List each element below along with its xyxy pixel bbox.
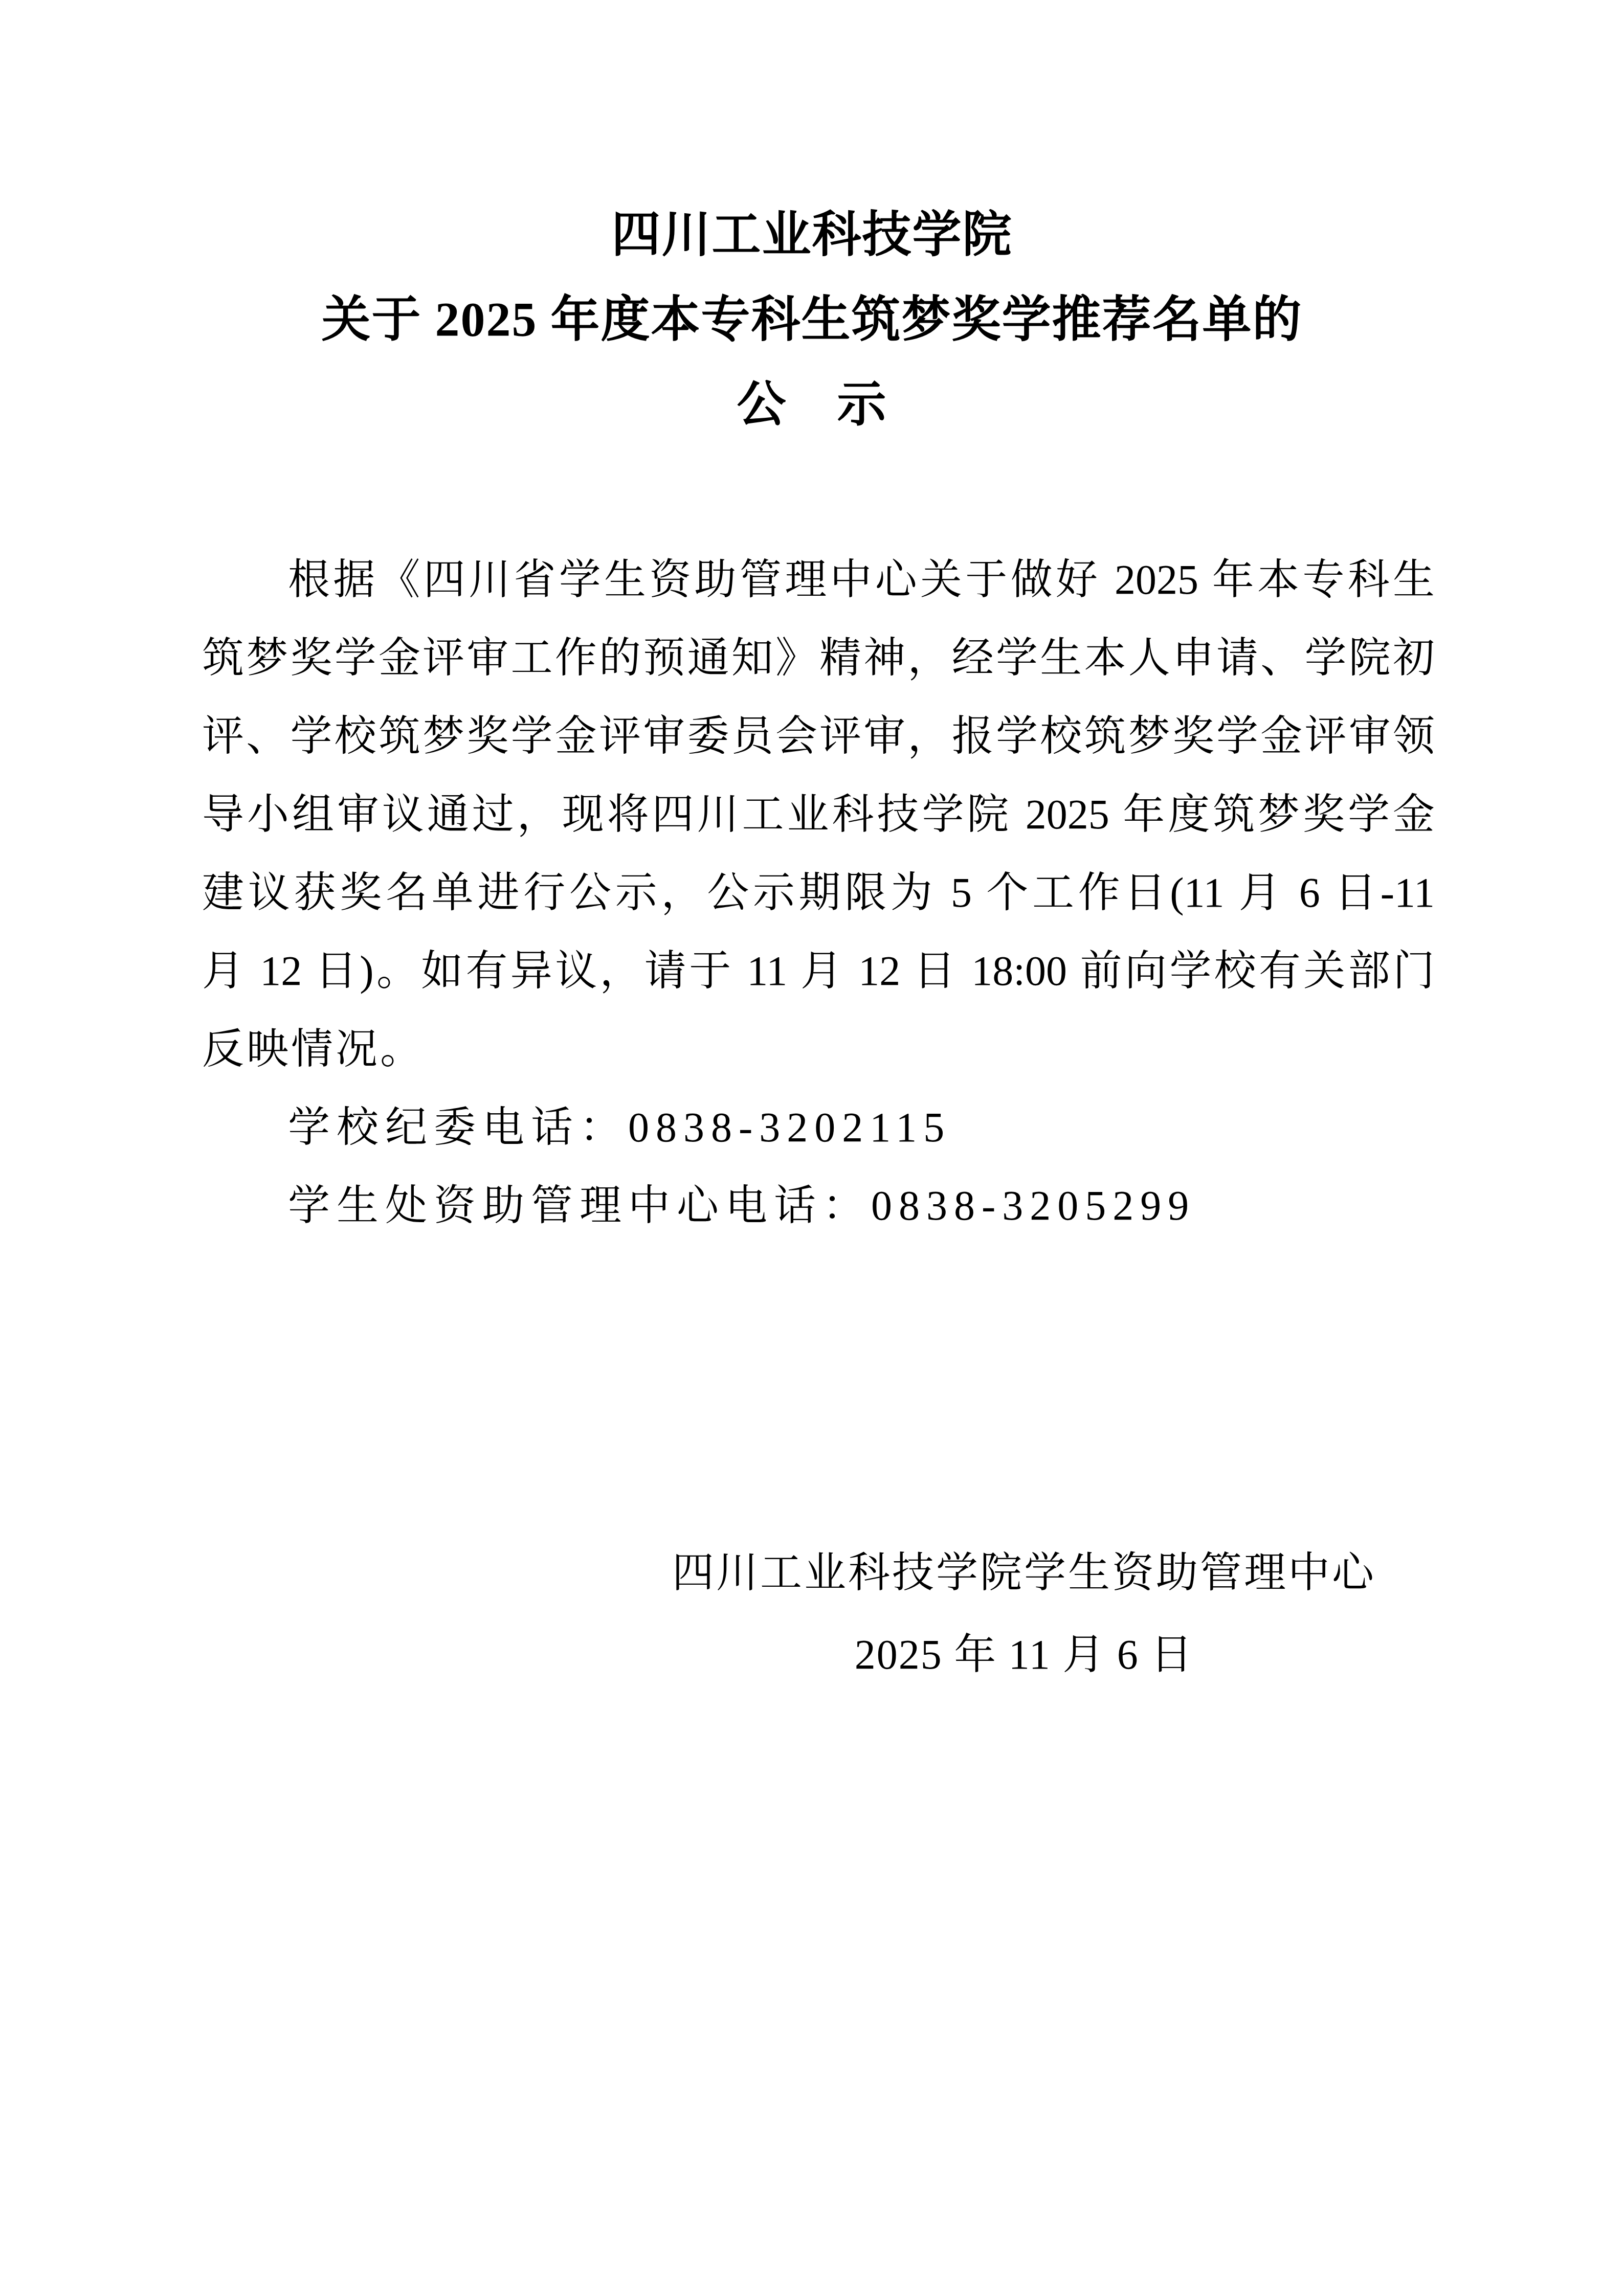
title-subject: 关于 2025 年度本专科生筑梦奖学推荐名单的 (0, 277, 1624, 362)
contact-line-student-aid-center: 学生处资助管理中心电话：0838-3205299 (202, 1166, 1435, 1245)
signature-date: 2025 年 11 月 6 日 (672, 1614, 1376, 1696)
contact-label: 学校纪委电话： (288, 1104, 628, 1151)
paragraph-line: 反映情况。 (202, 1010, 1435, 1088)
signature-org: 四川工业科技学院学生资助管理中心 (672, 1532, 1376, 1614)
paragraph-line: 导小组审议通过，现将四川工业科技学院 2025 年度筑梦奖学金 (202, 775, 1435, 853)
phone-number: 0838-3205299 (871, 1182, 1195, 1229)
title-notice-type: 公 示 (0, 362, 1624, 447)
paragraph-line: 建议获奖名单进行公示，公示期限为 5 个工作日(11 月 6 日-11 (202, 853, 1435, 932)
notice-document: 四川工业科技学院 关于 2025 年度本专科生筑梦奖学推荐名单的 公 示 根据《… (0, 0, 1624, 2296)
contact-line-discipline-committee: 学校纪委电话：0838-3202115 (202, 1088, 1435, 1166)
paragraph-line: 根据《四川省学生资助管理中心关于做好 2025 年本专科生 (202, 541, 1435, 619)
phone-number: 0838-3202115 (628, 1104, 951, 1151)
document-title: 四川工业科技学院 关于 2025 年度本专科生筑梦奖学推荐名单的 公 示 (0, 192, 1624, 447)
document-page: { "colors": { "background": "#ffffff", "… (0, 0, 1624, 2296)
signature-block: 四川工业科技学院学生资助管理中心 2025 年 11 月 6 日 (672, 1532, 1376, 1696)
contact-label: 学生处资助管理中心电话： (288, 1182, 871, 1229)
paragraph-line: 筑梦奖学金评审工作的预通知》精神，经学生本人申请、学院初 (202, 619, 1435, 697)
paragraph-line: 月 12 日)。如有异议，请于 11 月 12 日 18:00 前向学校有关部门 (202, 932, 1435, 1010)
title-org-name: 四川工业科技学院 (0, 192, 1624, 277)
paragraph-line: 评、学校筑梦奖学金评审委员会评审，报学校筑梦奖学金评审领 (202, 697, 1435, 775)
body-paragraph: 根据《四川省学生资助管理中心关于做好 2025 年本专科生 筑梦奖学金评审工作的… (202, 541, 1435, 1245)
